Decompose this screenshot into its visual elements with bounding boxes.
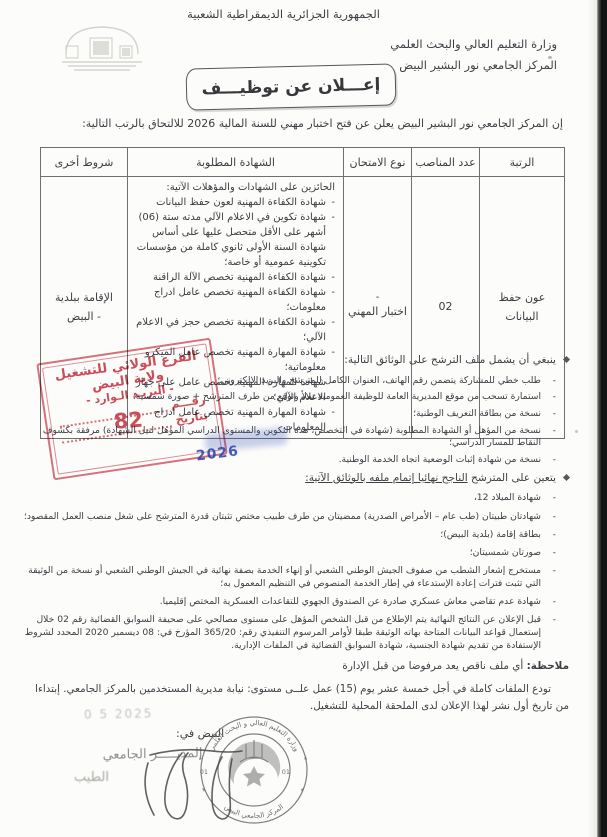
announcement-title-box: إعـــلان عن توظيـــف [186, 63, 397, 110]
note-label: ملاحظة: [527, 660, 569, 672]
scan-edge [597, 0, 607, 837]
certificates-intro: الحائزين على الشهادات والمؤهلات الآتية: [132, 180, 335, 195]
document-item: شهادة عدم تقاضي معاش عسكري صادرة عن الصن… [22, 596, 569, 609]
document-item: شهادة الميلاد 12، [22, 492, 569, 505]
certificate-item: شهادة الكفاءة المهنية تخصص حجز في الاعلا… [132, 315, 335, 345]
stamp-number-label: رقـــم [170, 392, 207, 411]
university-logo-icon [52, 20, 152, 98]
header-right-block: وزارة التعليم العالي والبحث العلمي المرك… [390, 34, 557, 77]
col-header-exam-type: نوع الامتحان [344, 148, 412, 177]
certificate-item: شهادة الكفاءة المهنية تخصص عامل ادراج مع… [132, 285, 335, 315]
certificate-item: شهادة تكوين في الاعلام الآلي مدته ستة (0… [132, 210, 335, 270]
intro-paragraph: إن المركز الجامعي نور البشير البيض يعلن … [30, 117, 563, 130]
col-header-rank: الرتبة [480, 148, 565, 177]
document-item: قبل الإعلان عن النتائج النهائية يتم الإط… [22, 614, 569, 652]
center-line: المركز الجامعي نور البشير البيض [390, 55, 557, 76]
scan-smudge [588, 0, 597, 837]
republic-line: الجمهورية الجزائرية الديمقراطية الشعبية [0, 7, 567, 21]
files-section-2: يتعين على المترشح الناجح نهائيا إتمام مل… [22, 471, 569, 652]
stamp-date-label: بتاريخ [174, 408, 208, 427]
diamond-bullet-icon [563, 356, 570, 363]
certificate-item: شهادة الكفاءة المهنية لعون حفظ البيانات [132, 195, 335, 210]
note-line: ملاحظة: أي ملف ناقص يعد مرفوضا من قبل ال… [22, 659, 569, 673]
scan-speck [575, 430, 578, 433]
announcement-title: إعـــلان عن توظيـــف [201, 75, 380, 99]
stamp-handwritten-number: 82 [113, 408, 144, 434]
document-item: شهادتان طبيتان (طب عام – الأمراض الصدرية… [22, 511, 569, 524]
document-item: بطاقة إقامة (بلدية البيض)؛ [22, 529, 569, 542]
document-item: مستخرج إشعار الشطب من صفوف الجيش الوطني … [22, 565, 569, 590]
scanned-job-announcement: الجمهورية الجزائرية الديمقراطية الشعبية … [0, 0, 607, 837]
col-header-certificate: الشهادة المطلوبة [128, 148, 344, 177]
exam-dash: - [345, 293, 410, 303]
col-header-other-conditions: شروط أخرى [41, 148, 128, 177]
signature-scribble [118, 733, 288, 837]
col-header-positions: عدد المناصب [412, 148, 480, 177]
diamond-bullet-icon [563, 474, 570, 481]
ministry-line: وزارة التعليم العالي والبحث العلمي [390, 34, 557, 55]
director-name-stamp: الطيب [74, 770, 109, 785]
files-section-2-heading: يتعين على المترشح الناجح نهائيا إتمام مل… [22, 471, 569, 486]
table-header-row: الرتبة عدد المناصب نوع الامتحان الشهادة … [41, 148, 565, 177]
document-item: صورتان شمسيتان؛ [22, 547, 569, 560]
certificate-item: شهادة الكفاءة المهنية تخصص الآلة الراقنة [132, 270, 335, 285]
